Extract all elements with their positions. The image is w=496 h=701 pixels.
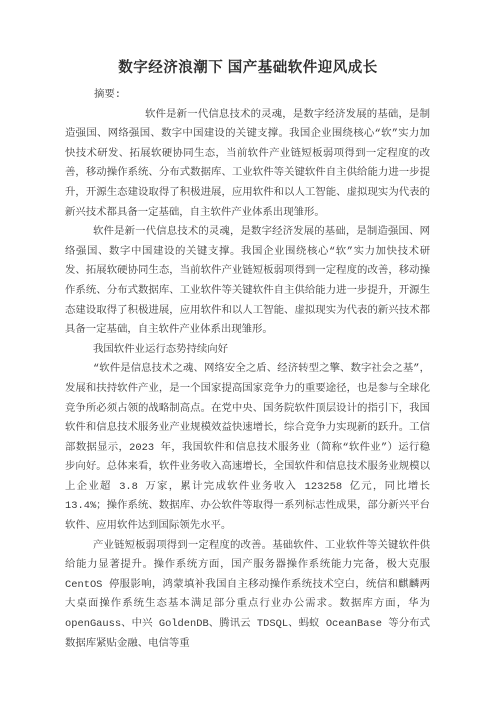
body-paragraph-2: “软件是信息技术之魂、网络安全之盾、经济转型之擎、数字社会之基”，发展和扶持软件… — [65, 360, 430, 536]
document-body: 摘要: 软件是新一代信息技术的灵魂，是数字经济发展的基础，是制造强国、网络强国、… — [65, 86, 430, 654]
body-paragraph-3: 产业链短板弱项得到一定程度的改善。基础软件、工业软件等关键软件供给能力显著提升。… — [65, 537, 430, 655]
section-heading: 我国软件业运行态势持续向好 — [65, 341, 430, 361]
document-page: 数字经济浪潮下 国产基础软件迎风成长 摘要: 软件是新一代信息技术的灵魂，是数字… — [0, 0, 496, 701]
abstract-paragraph: 软件是新一代信息技术的灵魂，是数字经济发展的基础，是制造强国、网络强国、数字中国… — [65, 106, 430, 224]
body-paragraph-1: 软件是新一代信息技术的灵魂，是数字经济发展的基础，是制造强国、网络强国、数字中国… — [65, 223, 430, 341]
abstract-label: 摘要: — [65, 86, 430, 106]
page-title: 数字经济浪潮下 国产基础软件迎风成长 — [0, 0, 496, 79]
